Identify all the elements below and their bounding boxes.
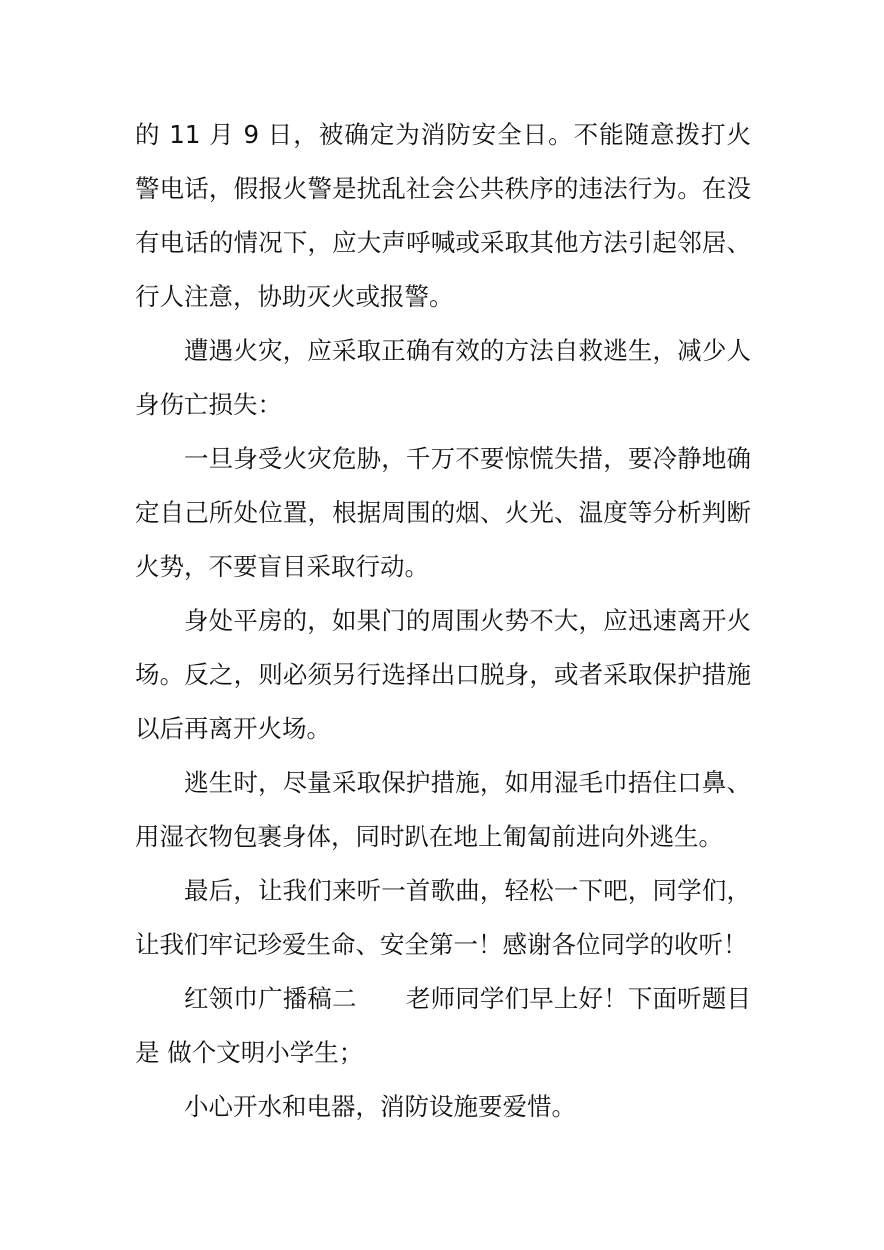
paragraph-single-storey-house: 身处平房的，如果门的周围火势不大，应迅速离开火场。反之，则必须另行选择出口脱身，… bbox=[135, 594, 751, 756]
paragraph-stay-calm: 一旦身受火灾危胁，千万不要惊慌失措，要冷静地确定自己所处位置，根据周围的烟、火光… bbox=[135, 432, 751, 594]
paragraph-broadcast-two-heading: 红领巾广播稿二 老师同学们早上好！下面听题目是 做个文明小学生； bbox=[135, 972, 751, 1080]
document-page: 的 11 月 9 日，被确定为消防安全日。不能随意拨打火警电话，假报火警是扰乱社… bbox=[135, 108, 751, 1134]
paragraph-escape-protection: 逃生时，尽量采取保护措施，如用湿毛巾捂住口鼻、用湿衣物包裹身体，同时趴在地上匍匐… bbox=[135, 756, 751, 864]
paragraph-self-rescue-intro: 遭遇火灾，应采取正确有效的方法自救逃生，减少人身伤亡损失： bbox=[135, 324, 751, 432]
paragraph-closing-song: 最后，让我们来听一首歌曲，轻松一下吧，同学们，让我们牢记珍爱生命、安全第一！感谢… bbox=[135, 864, 751, 972]
paragraph-hot-water-electrical: 小心开水和电器，消防设施要爱惜。 bbox=[135, 1080, 751, 1134]
paragraph-fire-safety-day: 的 11 月 9 日，被确定为消防安全日。不能随意拨打火警电话，假报火警是扰乱社… bbox=[135, 108, 751, 324]
